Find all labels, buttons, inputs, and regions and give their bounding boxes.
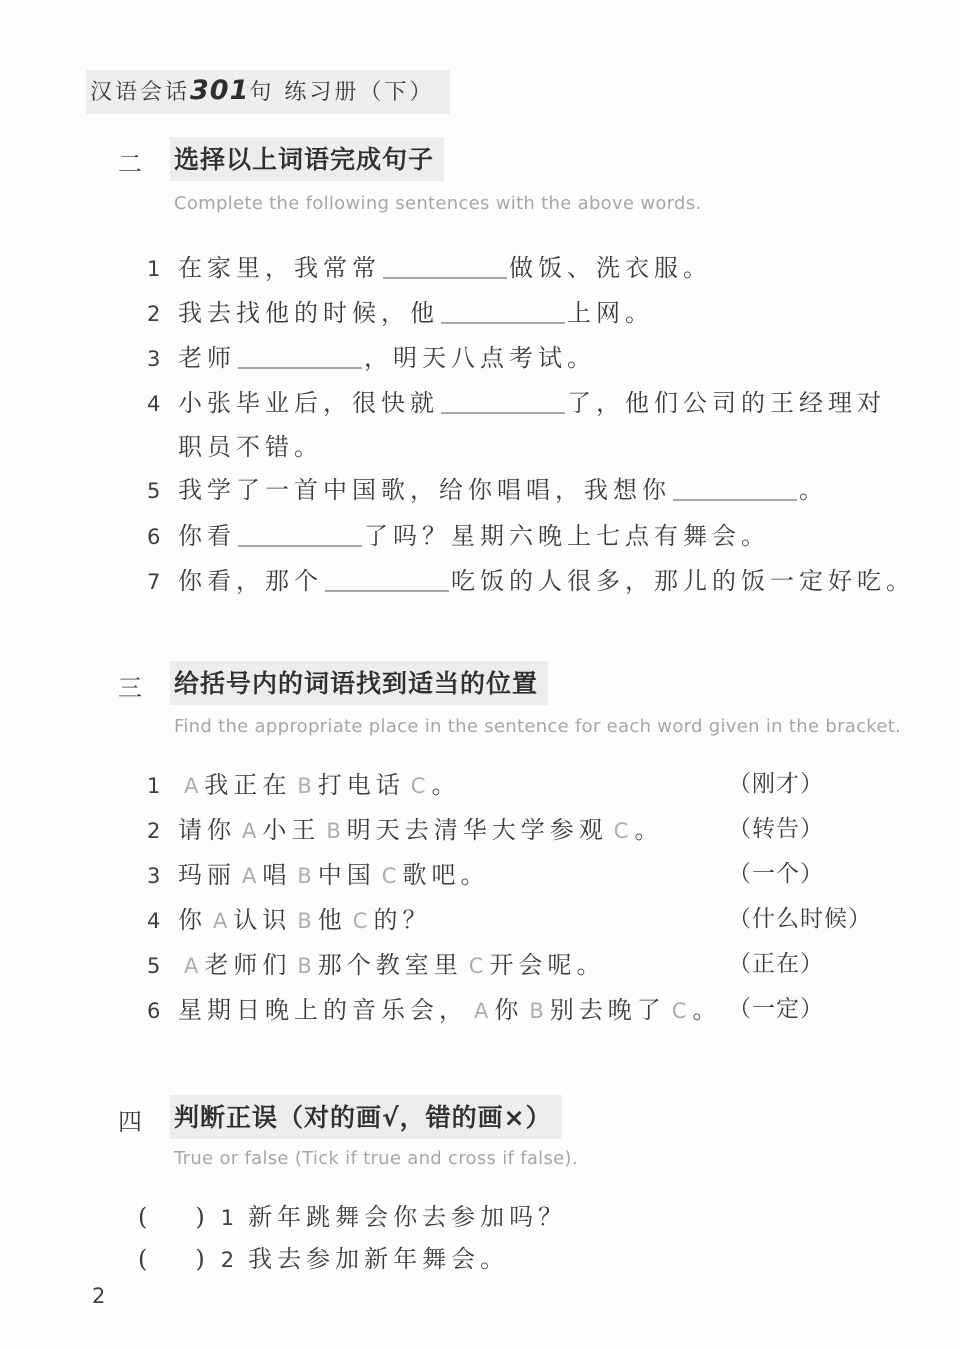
item-number: 1 (221, 1206, 234, 1230)
item-number: 2 (147, 302, 178, 326)
sentence-part: A (184, 774, 198, 798)
sentence-pre: 你看，那个 (178, 567, 323, 595)
exercise-item: 2请你A小王B明天去清华大学参观C。（转告） (147, 810, 663, 845)
exercise-item: 5我学了一首中国歌，给你唱唱，我想你。 (147, 470, 828, 505)
sentence-part: B (529, 999, 543, 1023)
page-number: 2 (92, 1284, 105, 1308)
bracket-word: （正在） (728, 945, 824, 978)
sentence-part: 你 (494, 996, 523, 1024)
sentence-part: 老师们 (204, 951, 291, 979)
sentence-pre: 我去找他的时候，他 (178, 299, 439, 327)
sentence-part: 我正在 (204, 771, 291, 799)
item-number: 2 (221, 1248, 234, 1272)
bracket-word: （转告） (728, 810, 824, 843)
section-subtitle-en: Find the appropriate place in the senten… (174, 716, 901, 737)
exercise-item: 5A老师们B那个教室里C开会呢。（正在） (147, 945, 605, 980)
sentence-part: 明天去清华大学参观 (347, 816, 608, 844)
fill-in-blank (383, 253, 507, 279)
sentence-part: 。 (692, 996, 721, 1024)
book-title-number: 301 (190, 75, 249, 106)
sentence-continuation: 职员不错。 (178, 427, 323, 462)
sentence-part: B (297, 774, 311, 798)
sentence-part: C (353, 909, 368, 933)
sentence-part: 的？ (373, 906, 431, 934)
section-title: 判断正误（对的画√，错的画×） (170, 1095, 562, 1139)
sentence-pre: 老师 (178, 344, 236, 372)
sentence-part: 那个教室里 (318, 951, 463, 979)
item-number: 7 (147, 570, 178, 594)
sentence-part: A (474, 999, 488, 1023)
sentence-part: 唱 (262, 861, 291, 889)
sentence-part: A (242, 864, 256, 888)
exercise-item: 1在家里，我常常做饭、洗衣服。 (147, 248, 712, 283)
sentence-text: 我去参加新年舞会。 (248, 1245, 509, 1273)
item-number: 6 (147, 525, 178, 549)
section-title: 选择以上词语完成句子 (170, 137, 444, 181)
bracket-word: （一定） (728, 990, 824, 1023)
sentence-pre: 小张毕业后，很快就 (178, 389, 439, 417)
fill-in-blank (325, 566, 449, 592)
exercise-item: 3玛丽A唱B中国C歌吧。（一个） (147, 855, 489, 890)
sentence-pre: 在家里，我常常 (178, 254, 381, 282)
section-subtitle-en: Complete the following sentences with th… (174, 193, 701, 214)
answer-paren-close: ) (195, 1245, 204, 1273)
item-number: 4 (147, 909, 178, 933)
sentence-pre: 你看 (178, 522, 236, 550)
exercise-item: ()1新年跳舞会你去参加吗？ (138, 1197, 567, 1232)
workbook-page: 汉语会话301句 练习册（下） 二 选择以上词语完成句子 Complete th… (0, 0, 960, 1349)
sentence-part: 玛丽 (178, 861, 236, 889)
fill-in-blank (673, 475, 797, 501)
sentence-part: 星期日晚上的音乐会， (178, 996, 468, 1024)
sentence-part: C (469, 954, 484, 978)
sentence-part: C (614, 819, 629, 843)
sentence-pre: 我学了一首中国歌，给你唱唱，我想你 (178, 476, 671, 504)
exercise-item: 4小张毕业后，很快就了，他们公司的王经理对 (147, 383, 886, 418)
section-title: 给括号内的词语找到适当的位置 (170, 661, 548, 705)
item-number: 4 (147, 392, 178, 416)
sentence-part: A (242, 819, 256, 843)
section-subtitle-en: True or false (Tick if true and cross if… (174, 1148, 578, 1169)
sentence-post: 上网。 (567, 299, 654, 327)
book-title-suffix: 句 练习册（下） (249, 80, 434, 105)
sentence-part: B (297, 909, 311, 933)
sentence-part: C (411, 774, 426, 798)
sentence-post: 。 (799, 476, 828, 504)
section-number: 四 (118, 1102, 142, 1137)
exercise-item: ()2我去参加新年舞会。 (138, 1239, 509, 1274)
bracket-word: （什么时候） (728, 900, 872, 933)
item-number: 1 (147, 774, 178, 798)
bracket-word: （一个） (728, 855, 824, 888)
sentence-part: 请你 (178, 816, 236, 844)
sentence-part: A (213, 909, 227, 933)
sentence-part: B (297, 864, 311, 888)
sentence-post: 做饭、洗衣服。 (509, 254, 712, 282)
sentence-post: 吃饭的人很多，那儿的饭一定好吃。 (451, 567, 915, 595)
sentence-part: 别去晚了 (550, 996, 666, 1024)
sentence-part: 认识 (233, 906, 291, 934)
answer-paren-open: ( (138, 1245, 147, 1273)
fill-in-blank (238, 521, 362, 547)
section-number: 二 (118, 144, 142, 179)
sentence-text: 新年跳舞会你去参加吗？ (248, 1203, 567, 1231)
book-title-prefix: 汉语会话 (90, 80, 190, 105)
item-number: 3 (147, 864, 178, 888)
item-number: 2 (147, 819, 178, 843)
sentence-part: 。 (634, 816, 663, 844)
sentence-part: 歌吧。 (402, 861, 489, 889)
sentence-post: 了吗？星期六晚上七点有舞会。 (364, 522, 770, 550)
sentence-part: 开会呢。 (489, 951, 605, 979)
answer-paren-close: ) (195, 1203, 204, 1231)
exercise-item: 6你看了吗？星期六晚上七点有舞会。 (147, 516, 770, 551)
exercise-item: 4你A认识B他C的？（什么时候） (147, 900, 431, 935)
sentence-post: ，明天八点考试。 (364, 344, 596, 372)
sentence-part: 。 (431, 771, 460, 799)
item-number: 1 (147, 257, 178, 281)
exercise-item: 3老师，明天八点考试。 (147, 338, 596, 373)
item-number: 3 (147, 347, 178, 371)
sentence-part: 打电话 (318, 771, 405, 799)
item-number: 6 (147, 999, 178, 1023)
sentence-part: C (382, 864, 397, 888)
item-number: 5 (147, 479, 178, 503)
answer-paren-open: ( (138, 1203, 147, 1231)
sentence-part: A (184, 954, 198, 978)
section-number: 三 (118, 668, 142, 703)
sentence-part: B (326, 819, 340, 843)
sentence-part: 他 (318, 906, 347, 934)
exercise-item: 1A我正在B打电话C。（刚才） (147, 765, 460, 800)
sentence-part: 你 (178, 906, 207, 934)
fill-in-blank (441, 298, 565, 324)
sentence-part: C (672, 999, 687, 1023)
exercise-item: 7你看，那个吃饭的人很多，那儿的饭一定好吃。 (147, 561, 915, 596)
running-head: 汉语会话301句 练习册（下） (86, 70, 450, 114)
item-number: 5 (147, 954, 178, 978)
bracket-word: （刚才） (728, 765, 824, 798)
fill-in-blank (441, 388, 565, 414)
exercise-item: 6星期日晚上的音乐会，A你B别去晚了C。（一定） (147, 990, 721, 1025)
sentence-post: 了，他们公司的王经理对 (567, 389, 886, 417)
sentence-part: 中国 (318, 861, 376, 889)
sentence-part: 小王 (262, 816, 320, 844)
exercise-item: 2我去找他的时候，他上网。 (147, 293, 654, 328)
sentence-part: B (297, 954, 311, 978)
fill-in-blank (238, 343, 362, 369)
